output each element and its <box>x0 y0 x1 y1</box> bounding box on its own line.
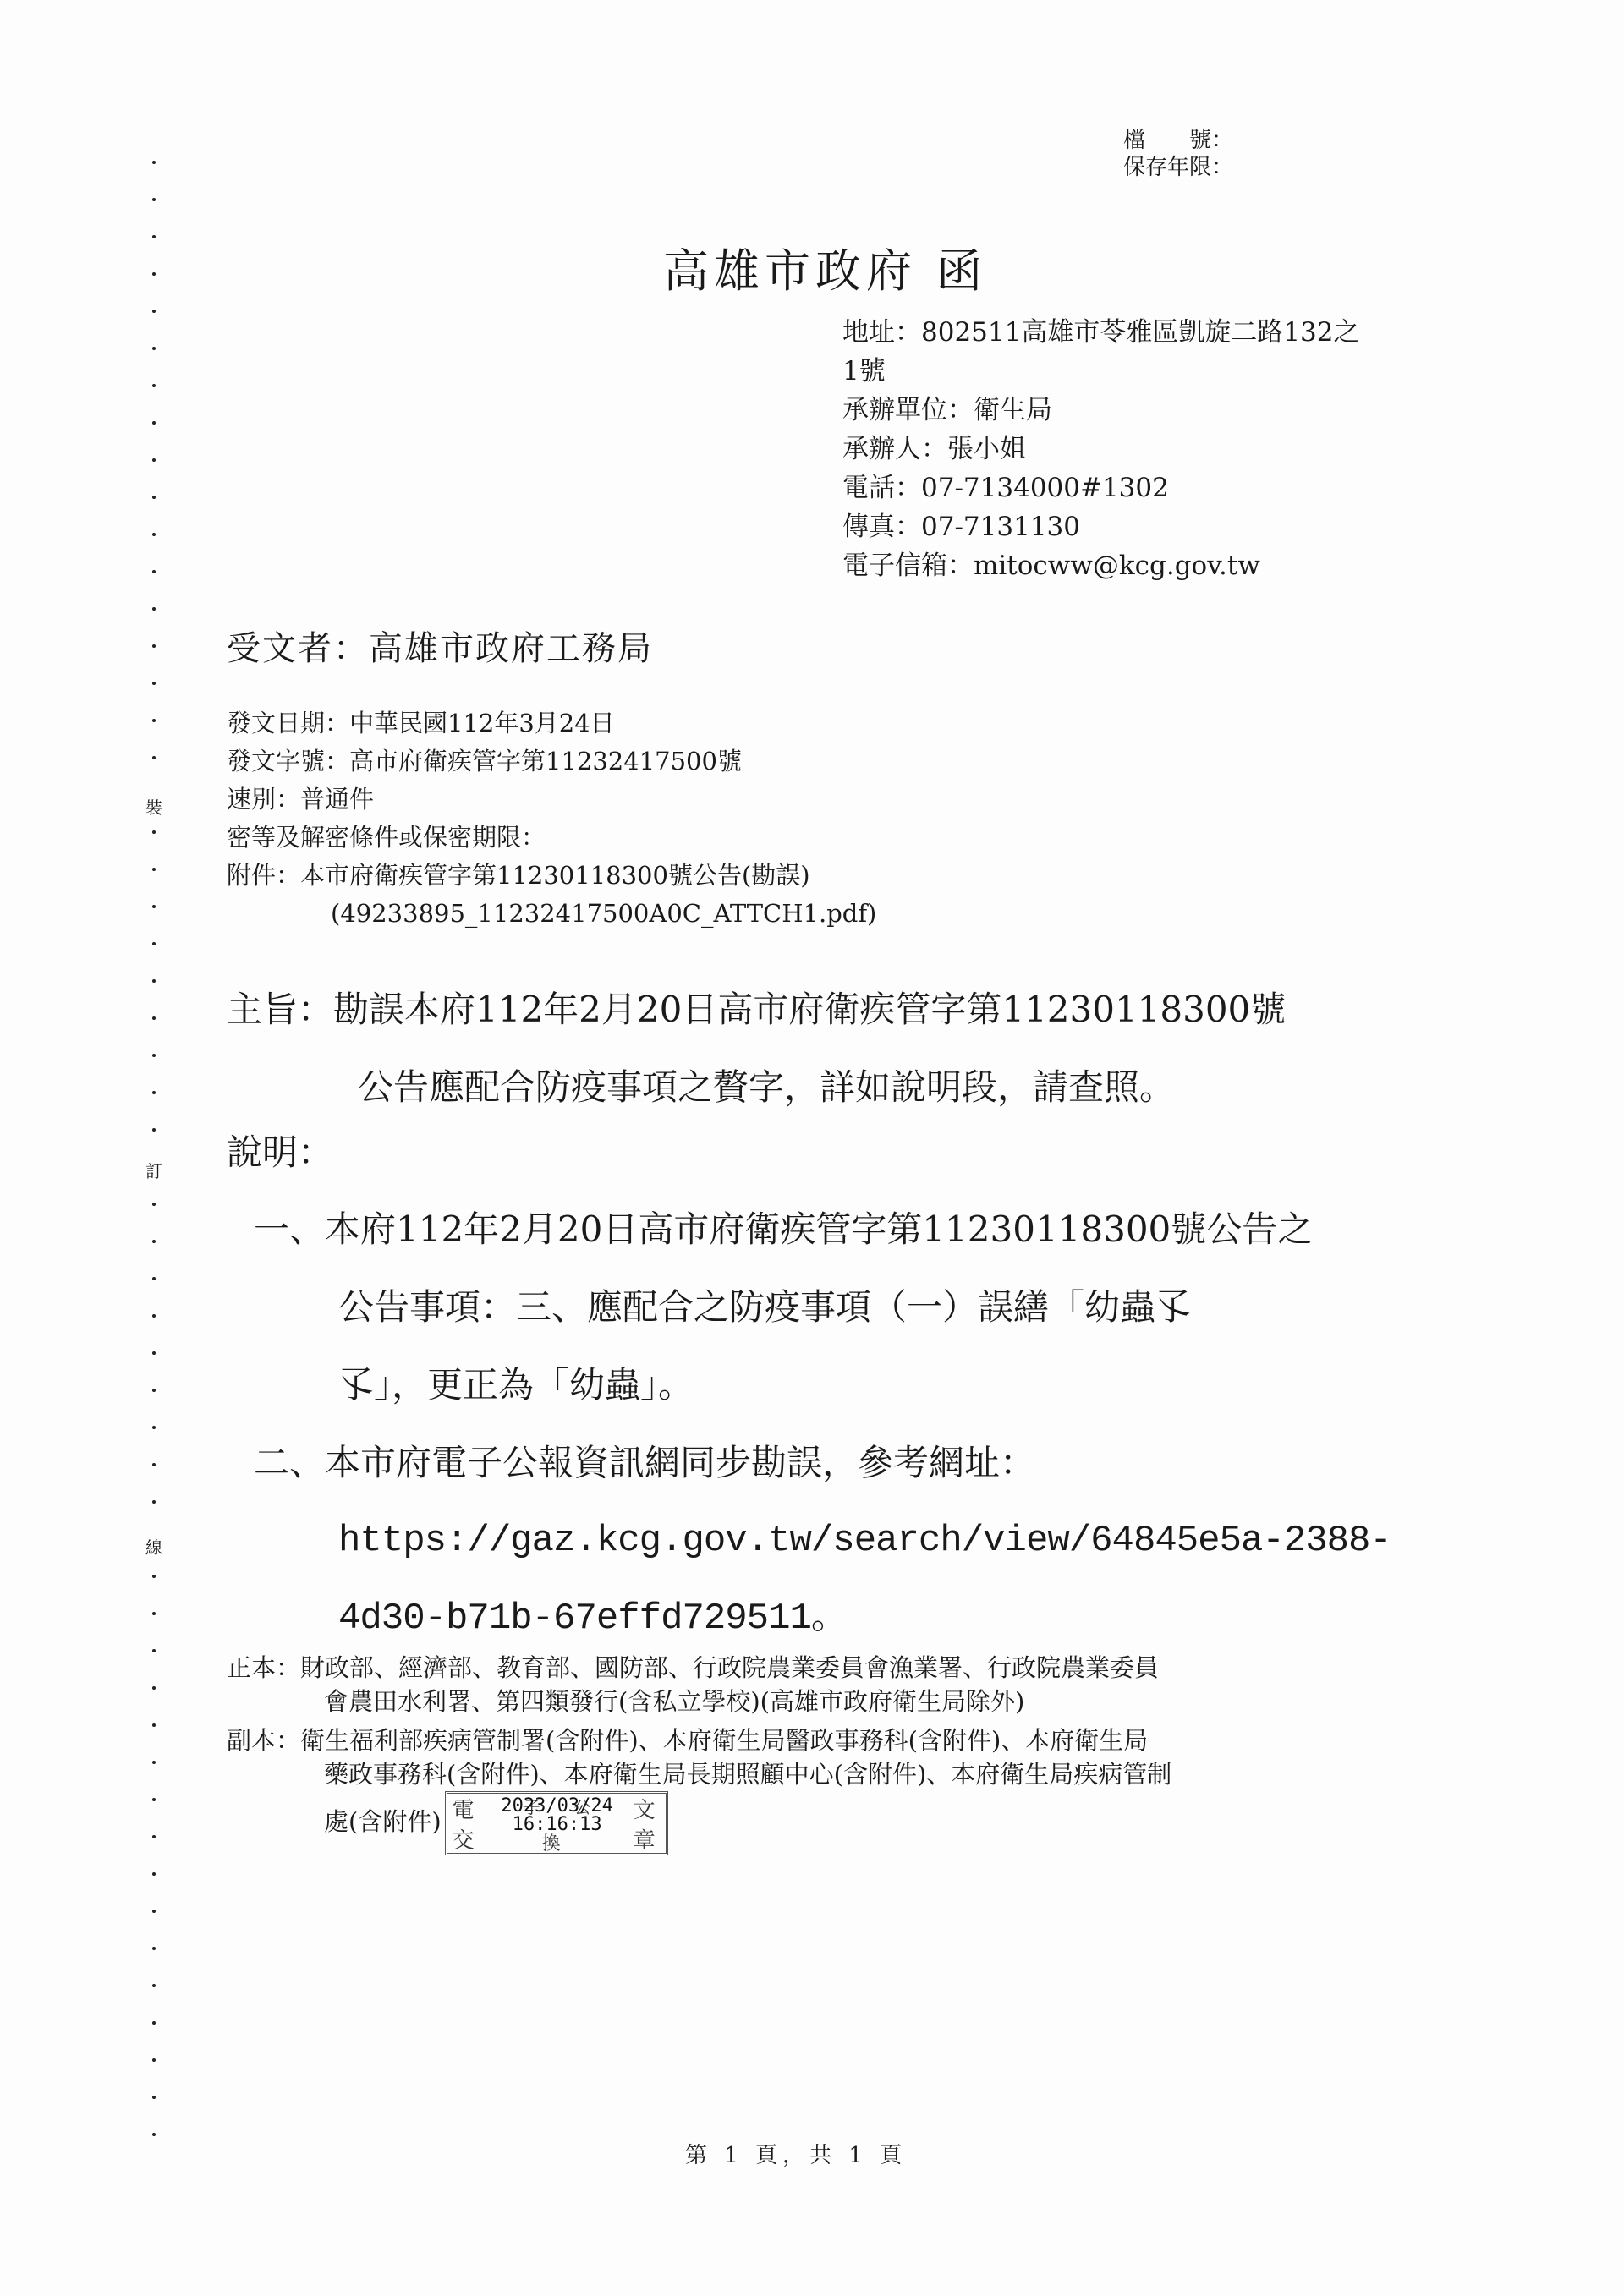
sender-info: 地址：802511高雄市苓雅區凱旋二路132之 1號 承辦單位：衛生局 承辦人：… <box>842 313 1360 585</box>
margin-dot <box>152 1575 156 1578</box>
margin-dot <box>152 198 156 201</box>
binding-label-xian: 線 <box>144 1537 164 1558</box>
margin-dot <box>152 868 156 871</box>
copy-recipients: 副本：衛生福利部疾病管制署(含附件)、本府衛生局醫政事務科(含附件)、本府衛生局… <box>227 1723 1171 1855</box>
copy-line-3-text: 處(含附件) <box>324 1807 442 1836</box>
margin-dot <box>152 310 156 313</box>
explanation-item-2: 二、本市府電子公報資訊網同步勘誤，參考網址： https://gaz.kcg.g… <box>254 1424 1391 1658</box>
subject-line-2: 公告應配合防疫事項之贅字，詳如說明段，請查照。 <box>227 1049 1286 1126</box>
margin-dot <box>152 1686 156 1690</box>
stamp-char: 電 <box>453 1794 475 1827</box>
e-exchange-stamp: 電 子 公 文 交 換 章 2023/03/24 16:16:13 <box>445 1791 668 1855</box>
stamp-char: 交 <box>453 1824 475 1858</box>
subject-line-1: 主旨：勘誤本府112年2月20日高市府衛疾管字第11230118300號 <box>227 971 1286 1049</box>
copy-line-3: 處(含附件) 電 子 公 文 交 換 章 2023/03/24 16:16:13 <box>227 1791 1171 1855</box>
margin-dot <box>152 458 156 462</box>
item-1-line-2: 公告事項：三、應配合之防疫事項（一）誤繕「幼蟲孓 <box>254 1269 1391 1346</box>
margin-dot <box>152 1872 156 1876</box>
margin-dot <box>152 1984 156 1987</box>
margin-dot <box>152 905 156 908</box>
margin-dot <box>152 1500 156 1504</box>
margin-dot <box>152 682 156 685</box>
doc-number: 發文字號：高市府衛疾管字第11232417500號 <box>227 743 876 781</box>
attachment: 附件：本市府衛疾管字第11230118300號公告(勘誤) <box>227 857 876 895</box>
item-1-line-1: 一、本府112年2月20日高市府衛疾管字第11230118300號公告之 <box>254 1191 1391 1269</box>
file-meta: 檔 號： 保存年限： <box>1123 127 1233 181</box>
sender-address: 地址：802511高雄市苓雅區凱旋二路132之 <box>842 313 1360 352</box>
copy-line-2: 藥政事務科(含附件)、本府衛生局長期照顧中心(含附件)、本府衛生局疾病管制 <box>227 1757 1171 1791</box>
margin-dot <box>152 1091 156 1094</box>
reference-url: https://gaz.kcg.gov.tw/search/view/64845… <box>254 1502 1391 1580</box>
margin-dot <box>152 1314 156 1318</box>
margin-dot <box>152 644 156 648</box>
margin-dot <box>152 1649 156 1652</box>
margin-dot <box>152 719 156 722</box>
reference-url-cont: 4d30-b71b-67effd729511。 <box>254 1580 1391 1658</box>
margin-dot <box>152 1723 156 1727</box>
document-title: 高雄市政府 函 <box>663 235 987 300</box>
margin-dot <box>152 496 156 499</box>
margin-dot <box>152 384 156 387</box>
item-2-line-1: 二、本市府電子公報資訊網同步勘誤，參考網址： <box>254 1424 1391 1502</box>
margin-dot <box>152 1761 156 1764</box>
copy-line-1: 副本：衛生福利部疾病管制署(含附件)、本府衛生局醫政事務科(含附件)、本府衛生局 <box>227 1723 1171 1757</box>
classification: 密等及解密條件或保密期限： <box>227 819 876 857</box>
margin-dot <box>152 272 156 276</box>
stamp-char: 文 <box>634 1794 656 1827</box>
sender-address-cont: 1號 <box>842 352 1360 391</box>
margin-dot <box>152 1910 156 1913</box>
binding-label-ding: 訂 <box>144 1161 164 1181</box>
attachment-filename: (49233895_11232417500A0C_ATTCH1.pdf) <box>227 895 876 933</box>
stamp-time: 16:16:13 <box>513 1814 602 1835</box>
margin-dot <box>152 1277 156 1280</box>
stamp-timestamp: 2023/03/24 16:16:13 <box>481 1797 634 1834</box>
sender-contact: 承辦人：張小姐 <box>842 430 1360 469</box>
sender-email: 電子信箱：mitocww@kcg.gov.tw <box>842 546 1360 585</box>
margin-dot <box>152 347 156 350</box>
margin-dot <box>152 1016 156 1020</box>
margin-dot <box>152 2021 156 2025</box>
explanation-item-1: 一、本府112年2月20日高市府衛疾管字第11230118300號公告之 公告事… <box>254 1191 1391 1424</box>
margin-dot <box>152 1947 156 1950</box>
document-meta: 發文日期：中華民國112年3月24日 發文字號：高市府衛疾管字第11232417… <box>227 704 876 933</box>
margin-dot <box>152 830 156 834</box>
binding-label-zhuang: 裝 <box>144 797 164 818</box>
page-footer: 第 1 頁，共 1 頁 <box>685 2138 907 2169</box>
original-recipients: 正本：財政部、經濟部、教育部、國防部、行政院農業委員會漁業署、行政院農業委員 會… <box>227 1651 1171 1718</box>
margin-dot <box>152 1612 156 1615</box>
margin-dot <box>152 533 156 536</box>
margin-dot <box>152 1054 156 1057</box>
margin-dot <box>152 2096 156 2099</box>
file-number-label: 檔 號： <box>1123 127 1233 154</box>
margin-dot <box>152 2133 156 2136</box>
margin-dot <box>152 756 156 759</box>
margin-dot <box>152 1835 156 1838</box>
sender-fax: 傳真：07-7131130 <box>842 507 1360 546</box>
margin-dot <box>152 570 156 573</box>
margin-dot <box>152 942 156 945</box>
margin-dot <box>152 161 156 164</box>
recipient: 受文者：高雄市政府工務局 <box>227 622 653 670</box>
retention-label: 保存年限： <box>1123 154 1233 181</box>
margin-dot <box>152 1351 156 1355</box>
margin-dot <box>152 235 156 238</box>
margin-dot <box>152 1203 156 1206</box>
binding-margin: 裝 訂 線 <box>144 161 164 2148</box>
margin-dot <box>152 1426 156 1429</box>
issue-date: 發文日期：中華民國112年3月24日 <box>227 704 876 743</box>
margin-dot <box>152 2058 156 2062</box>
stamp-char: 章 <box>634 1824 656 1858</box>
margin-dot <box>152 607 156 611</box>
subject: 主旨：勘誤本府112年2月20日高市府衛疾管字第11230118300號 公告應… <box>227 971 1286 1126</box>
sender-phone: 電話：07-7134000#1302 <box>842 469 1360 507</box>
margin-dot <box>152 1240 156 1243</box>
document-page: 裝 訂 線 檔 號： 保存年限： 高雄市政府 函 地址：802511高雄市苓雅區… <box>0 0 1624 2296</box>
margin-dot <box>152 1463 156 1466</box>
distribution: 正本：財政部、經濟部、教育部、國防部、行政院農業委員會漁業署、行政院農業委員 會… <box>227 1651 1171 1860</box>
sender-unit: 承辦單位：衛生局 <box>842 391 1360 430</box>
item-1-line-3: 孓」，更正為「幼蟲」。 <box>254 1346 1391 1424</box>
explanation-label: 說明： <box>227 1125 333 1175</box>
margin-dot <box>152 1798 156 1801</box>
speed-class: 速別：普通件 <box>227 781 876 819</box>
margin-dot <box>152 1128 156 1132</box>
explanation-items: 一、本府112年2月20日高市府衛疾管字第11230118300號公告之 公告事… <box>254 1191 1391 1658</box>
margin-dot <box>152 421 156 425</box>
margin-dot <box>152 1389 156 1392</box>
original-line-1: 正本：財政部、經濟部、教育部、國防部、行政院農業委員會漁業署、行政院農業委員 <box>227 1651 1171 1685</box>
original-line-2: 會農田水利署、第四類發行(含私立學校)(高雄市政府衛生局除外) <box>227 1685 1171 1718</box>
margin-dot <box>152 979 156 983</box>
